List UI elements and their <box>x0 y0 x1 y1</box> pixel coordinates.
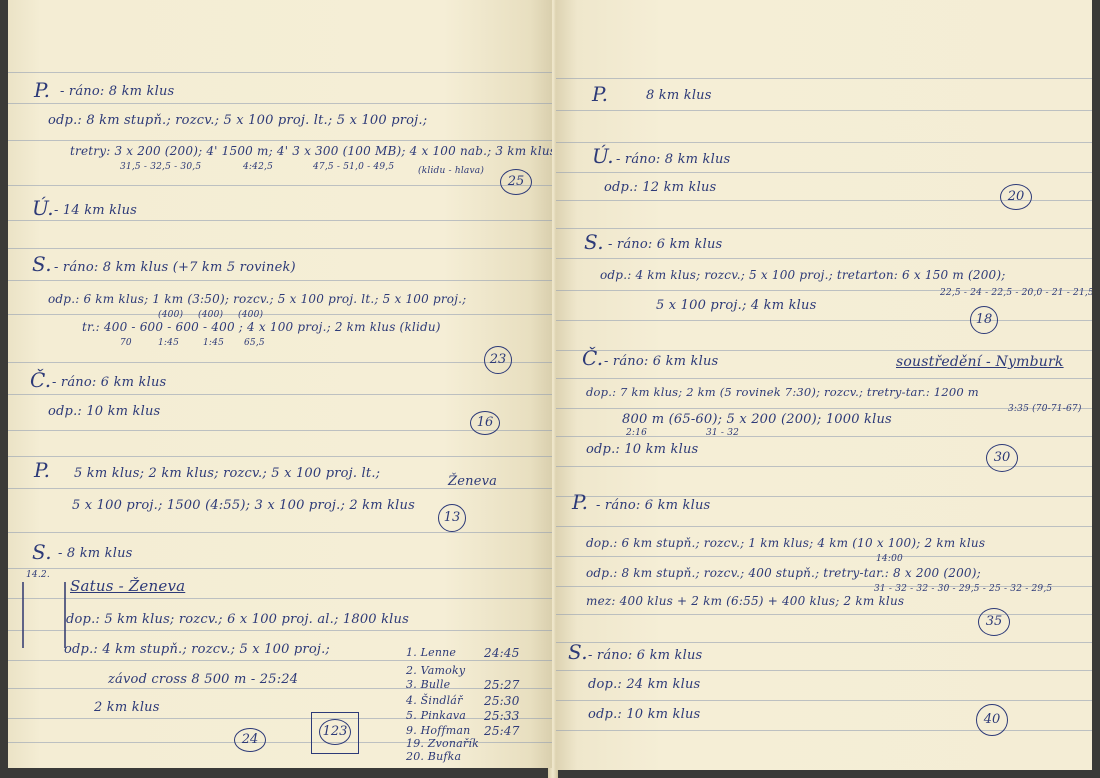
split-times: 14:00 <box>876 554 903 564</box>
day-label: P. <box>34 78 50 102</box>
right-page: P. 8 km klus Ú. - ráno: 8 km klus odp.: … <box>556 0 1092 770</box>
entry-line: - ráno: 8 km klus (+7 km 5 rovinek) <box>54 260 296 275</box>
day-label: S. <box>32 540 52 564</box>
day-label: S. <box>32 252 52 276</box>
score-circle: 30 <box>986 444 1018 472</box>
split-times: 22,5 - 24 - 22,5 - 20,0 - 21 - 21,5 <box>940 288 1092 298</box>
split-times: 65,5 <box>244 338 265 348</box>
entry-line: závod cross 8 500 m - 25:24 <box>108 672 298 687</box>
entry-line: - ráno: 8 km klus <box>616 152 730 167</box>
left-page: P. - ráno: 8 km klus odp.: 8 km stupň.; … <box>8 0 552 768</box>
split-times: 47,5 - 51,0 - 49,5 <box>313 162 394 172</box>
day-label: P. <box>34 458 50 482</box>
entry-line: odp.: 10 km klus <box>586 442 698 457</box>
score-circle: 40 <box>976 704 1008 736</box>
entry-line: - 8 km klus <box>58 546 133 561</box>
total-circle: 123 <box>319 719 351 745</box>
entry-line: odp.: 6 km klus; 1 km (3:50); rozcv.; 5 … <box>48 292 466 306</box>
entry-line: - ráno: 6 km klus <box>52 375 166 390</box>
entry-line: odp.: 8 km stupň.; rozcv.; 400 stupň.; t… <box>586 566 981 580</box>
split-times: 1:45 <box>158 338 179 348</box>
result-row: 1. Lenne <box>406 646 456 659</box>
entry-line: dop.: 24 km klus <box>588 677 700 692</box>
entry-line: - 14 km klus <box>54 203 137 218</box>
entry-line: tretry: 3 x 200 (200); 4' 1500 m; 4' 3 x… <box>70 144 552 158</box>
location-note: soustředění - Nymburk <box>896 354 1064 370</box>
entry-line: 5 x 100 proj.; 4 km klus <box>656 298 816 313</box>
day-label: Ú. <box>592 144 614 168</box>
result-row: 3. Bulle <box>406 678 450 691</box>
result-row: 5. Pinkava <box>406 709 466 722</box>
sup-note: (400) <box>238 310 263 320</box>
entry-line: 8 km klus <box>646 88 712 103</box>
entry-line: - ráno: 8 km klus <box>60 84 174 99</box>
day-label: P. <box>592 82 608 106</box>
split-times: 2:16 <box>626 428 647 438</box>
split-times: 31 - 32 - 32 - 30 - 29,5 - 25 - 32 - 29,… <box>874 584 1052 594</box>
result-row: 9. Hoffman <box>406 724 470 737</box>
result-time: 25:33 <box>484 709 520 723</box>
entry-line: - ráno: 6 km klus <box>596 498 710 513</box>
entry-line: 800 m (65-60); 5 x 200 (200); 1000 klus <box>622 412 892 427</box>
result-row: 20. Bufka <box>406 750 461 763</box>
result-time: 25:27 <box>484 678 520 692</box>
result-row: 19. Zvonařík <box>406 737 479 750</box>
day-label: S. <box>584 230 604 254</box>
score-circle: 23 <box>484 346 512 374</box>
split-times: 31,5 - 32,5 - 30,5 <box>120 162 201 172</box>
entry-line: odp.: 10 km klus <box>588 707 700 722</box>
sup-note: (400) <box>158 310 183 320</box>
result-time: 24:45 <box>484 646 520 660</box>
entry-line: odp.: 8 km stupň.; rozcv.; 5 x 100 proj.… <box>48 113 427 128</box>
entry-line: 5 x 100 proj.; 1500 (4:55); 3 x 100 proj… <box>72 498 415 513</box>
entry-line: dop.: 5 km klus; rozcv.; 6 x 100 proj. a… <box>66 612 409 627</box>
day-label: Č. <box>582 346 603 370</box>
sup-note: (400) <box>198 310 223 320</box>
entry-line: 2 km klus <box>94 700 160 715</box>
day-label: P. <box>572 490 588 514</box>
entry-line: dop.: 7 km klus; 2 km (5 rovinek 7:30); … <box>586 385 979 399</box>
score-circle: 13 <box>438 504 466 532</box>
entry-line: - ráno: 6 km klus <box>604 354 718 369</box>
result-time: 25:30 <box>484 694 520 708</box>
location-note: Ženeva <box>448 474 497 489</box>
split-times: 31 - 32 <box>706 428 739 438</box>
split-times: 3:35 (70-71-67) <box>1008 404 1082 414</box>
split-times: 70 <box>120 338 132 348</box>
split-times: 4:42,5 <box>243 162 273 172</box>
entry-line: tr.: 400 - 600 - 600 - 400 ; 4 x 100 pro… <box>82 320 441 334</box>
sketch-drawing <box>22 582 66 648</box>
race-date: 14.2. <box>26 570 50 580</box>
entry-line: odp.: 10 km klus <box>48 404 160 419</box>
split-times: 1:45 <box>203 338 224 348</box>
score-circle: 25 <box>500 169 532 195</box>
score-circle: 16 <box>470 411 500 435</box>
result-row: 2. Vamoky <box>406 664 465 677</box>
day-label: S. <box>568 640 588 664</box>
note: (klidu - hlava) <box>418 166 484 176</box>
day-label: Ú. <box>32 196 54 220</box>
entry-line: - ráno: 6 km klus <box>588 648 702 663</box>
score-circle: 20 <box>1000 184 1032 210</box>
day-label: Č. <box>30 368 51 392</box>
score-circle: 35 <box>978 608 1010 636</box>
entry-line: odp.: 4 km stupň.; rozcv.; 5 x 100 proj.… <box>64 642 330 657</box>
race-heading: Satus - Ženeva <box>70 577 185 595</box>
entry-line: odp.: 12 km klus <box>604 180 716 195</box>
entry-line: odp.: 4 km klus; rozcv.; 5 x 100 proj.; … <box>600 268 1006 282</box>
total-box: 123 <box>311 712 359 754</box>
result-time: 25:47 <box>484 724 520 738</box>
entry-line: mez: 400 klus + 2 km (6:55) + 400 klus; … <box>586 594 904 608</box>
score-circle: 18 <box>970 306 998 334</box>
result-row: 4. Šindlář <box>406 694 463 707</box>
entry-line: 5 km klus; 2 km klus; rozcv.; 5 x 100 pr… <box>74 466 380 481</box>
entry-line: dop.: 6 km stupň.; rozcv.; 1 km klus; 4 … <box>586 536 985 550</box>
score-circle: 24 <box>234 728 266 752</box>
entry-line: - ráno: 6 km klus <box>608 237 722 252</box>
